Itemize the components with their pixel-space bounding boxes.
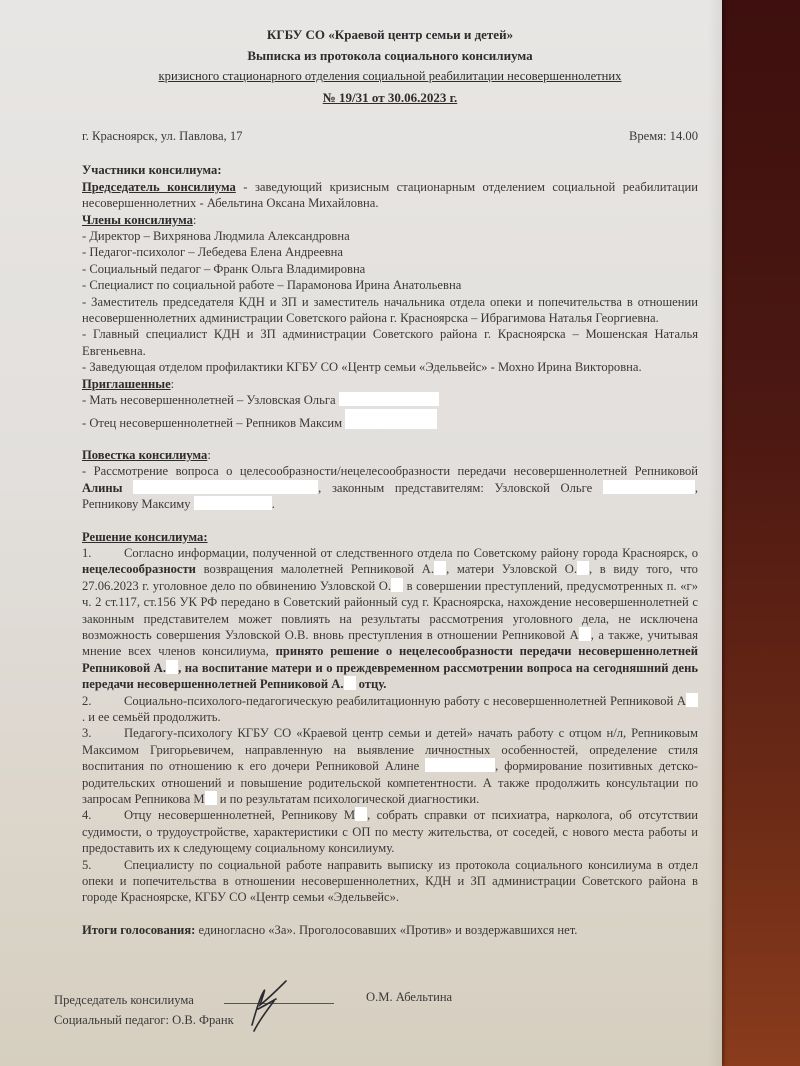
redaction-block <box>425 758 495 772</box>
redaction-block <box>391 578 403 592</box>
redaction-block <box>339 392 439 406</box>
decision-item-4: 4.Отцу несовершеннолетней, Репникову М, … <box>82 807 698 856</box>
decision-item-5: 5.Специалисту по социальной работе напра… <box>82 857 698 906</box>
member-item: - Специалист по социальной работе – Пара… <box>82 277 698 293</box>
invited-item: - Мать несовершеннолетней – Узловская Ол… <box>82 392 698 408</box>
redaction-block <box>434 561 446 575</box>
document-title: Выписка из протокола социального консили… <box>82 45 698 66</box>
member-item: - Педагог-психолог – Лебедева Елена Андр… <box>82 244 698 260</box>
member-item: - Социальный педагог – Франк Ольга Влади… <box>82 261 698 277</box>
decision-heading: Решение консилиума: <box>82 529 698 545</box>
redaction-block <box>345 409 437 429</box>
chair-label: Председатель консилиума <box>82 180 236 194</box>
participants-heading: Участники консилиума: <box>82 162 698 178</box>
member-item: - Директор – Вихрянова Людмила Александр… <box>82 228 698 244</box>
redaction-block <box>205 791 217 805</box>
redaction-block <box>686 693 698 707</box>
chair-name: О.М. Абельтина <box>366 990 452 1005</box>
agenda-text: - Рассмотрение вопроса о целесообразност… <box>82 463 698 512</box>
paper-edge <box>708 0 722 1066</box>
member-item: - Заместитель председателя КДН и ЗП и за… <box>82 294 698 327</box>
redaction-block <box>603 480 695 494</box>
redaction-block <box>344 676 356 690</box>
decision-item-3: 3.Педагогу-психологу КГБУ СО «Краевой це… <box>82 725 698 807</box>
document-subtitle: кризисного стационарного отделения социа… <box>82 66 698 87</box>
place: г. Красноярск, ул. Павлова, 17 <box>82 128 242 144</box>
org-header: КГБУ СО «Краевой центр семьи и детей» <box>82 24 698 45</box>
redaction-block <box>577 561 589 575</box>
place-time-row: г. Красноярск, ул. Павлова, 17 Время: 14… <box>82 128 698 144</box>
chair-paragraph: Председатель консилиума - заведующий кри… <box>82 179 698 212</box>
decision-item-1: 1.Согласно информации, полученной от сле… <box>82 545 698 693</box>
decision-item-2: 2.Социально-психолого-педагогическую реа… <box>82 693 698 726</box>
document-number: № 19/31 от 30.06.2023 г. <box>82 87 698 108</box>
redaction-block <box>355 807 367 821</box>
redaction-block <box>194 496 272 510</box>
invited-heading: Приглашенные: <box>82 376 698 392</box>
member-item: - Заведующая отделом профилактики КГБУ С… <box>82 359 698 375</box>
vote-result: Итоги голосования: единогласно «За». Про… <box>82 922 698 938</box>
handwritten-signature-icon <box>238 975 298 1035</box>
members-heading: Члены консилиума: <box>82 212 698 228</box>
redaction-block <box>166 660 178 674</box>
agenda-heading: Повестка консилиума: <box>82 447 698 463</box>
member-item: - Главный специалист КДН и ЗП администра… <box>82 326 698 359</box>
redaction-block <box>579 627 591 641</box>
redaction-block <box>133 480 318 494</box>
time: Время: 14.00 <box>629 128 698 144</box>
document-content: КГБУ СО «Краевой центр семьи и детей» Вы… <box>82 24 698 938</box>
invited-item: - Отец несовершеннолетней – Репников Мак… <box>82 409 698 431</box>
